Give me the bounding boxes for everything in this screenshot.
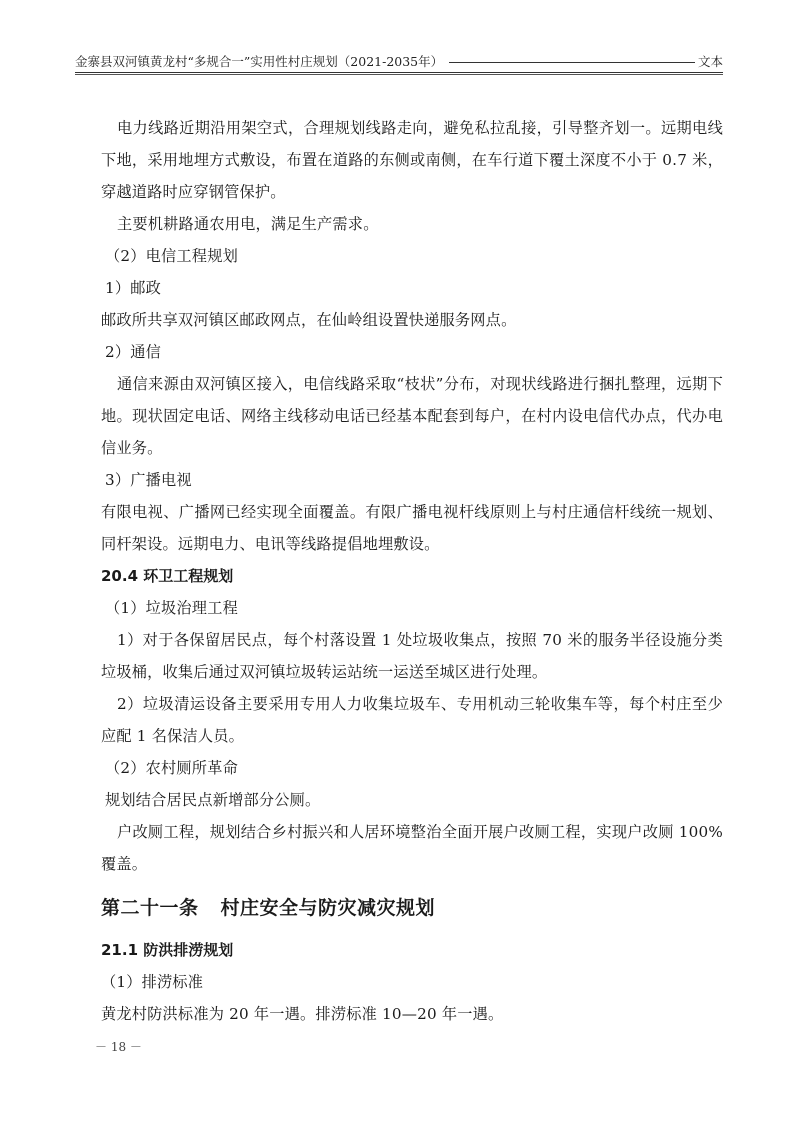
paragraph-garbage-1: 1）对于各保留居民点，每个村落设置 1 处垃圾收集点，按照 70 米的服务半径设… xyxy=(101,624,723,688)
paragraph-power-lines: 电力线路近期沿用架空式，合理规划线路走向，避免私拉乱接，引导整齐划一。远期电线下… xyxy=(101,112,723,208)
paragraph-toilet-1: 规划结合居民点新增部分公厕。 xyxy=(101,784,723,816)
chapter-heading: 第二十一条村庄安全与防灾减灾规划 xyxy=(101,894,723,922)
paragraph-garbage-2: 2）垃圾清运设备主要采用专用人力收集垃圾车、专用机动三轮收集车等，每个村庄至少应… xyxy=(101,688,723,752)
chapter-number: 第二十一条 xyxy=(101,897,199,919)
paragraph-farm-power: 主要机耕路通农用电，满足生产需求。 xyxy=(101,208,723,240)
subsection-broadcast-tv: 3）广播电视 xyxy=(101,464,723,496)
paragraph-toilet-2: 户改厕工程，规划结合乡村振兴和人居环境整治全面开展户改厕工程，实现户改厕 100… xyxy=(101,816,723,880)
paragraph-drainage: 黄龙村防洪标准为 20 年一遇。排涝标准 10—20 年一遇。 xyxy=(101,998,723,1030)
page-content: 电力线路近期沿用架空式，合理规划线路走向，避免私拉乱接，引导整齐划一。远期电线下… xyxy=(101,112,723,1030)
page-header: 金寨县双河镇黄龙村“多规合一”实用性村庄规划（2021-2035年） 文本 xyxy=(75,53,723,71)
chapter-title: 村庄安全与防灾减灾规划 xyxy=(221,897,436,919)
section-heading-sanitation: 20.4 环卫工程规划 xyxy=(101,560,723,592)
paragraph-communication: 通信来源由双河镇区接入，电信线路采取“枝状”分布，对现状线路进行捆扎整理，远期下… xyxy=(101,368,723,464)
document-title: 金寨县双河镇黄龙村“多规合一”实用性村庄规划（2021-2035年） xyxy=(75,53,449,71)
subsection-communication: 2）通信 xyxy=(101,336,723,368)
subsection-post: 1）邮政 xyxy=(101,272,723,304)
paragraph-broadcast-tv: 有限电视、广播网已经实现全面覆盖。有限广播电视杆线原则上与村庄通信杆线统一规划、… xyxy=(101,496,723,560)
subsection-garbage: （1）垃圾治理工程 xyxy=(101,592,723,624)
header-rule xyxy=(75,72,723,75)
paragraph-post: 邮政所共享双河镇区邮政网点，在仙岭组设置快递服务网点。 xyxy=(101,304,723,336)
section-heading-flood: 21.1 防洪排涝规划 xyxy=(101,934,723,966)
subsection-telecom: （2）电信工程规划 xyxy=(101,240,723,272)
subsection-drainage: （1）排涝标准 xyxy=(101,966,723,998)
page-number: － 18 － xyxy=(95,1038,142,1055)
subsection-toilet: （2）农村厕所革命 xyxy=(101,752,723,784)
document-type-label: 文本 xyxy=(696,53,723,71)
